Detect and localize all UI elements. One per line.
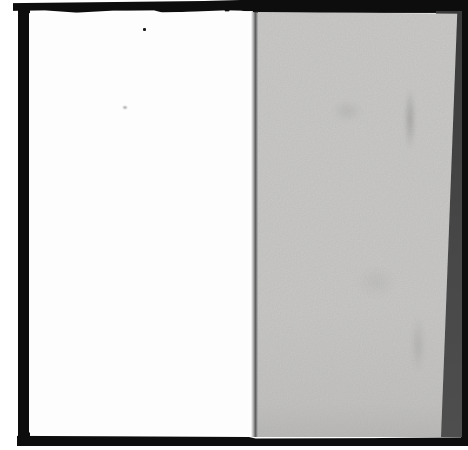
vertical-crease	[404, 88, 416, 150]
smudge	[356, 267, 396, 297]
left-page	[29, 11, 253, 435]
smudge	[411, 317, 425, 373]
right-page	[258, 12, 458, 437]
faint-speck	[123, 106, 127, 109]
gutter-shadow	[251, 11, 259, 437]
paper-grain-texture	[258, 12, 458, 437]
film-frame-top	[13, 0, 468, 13]
film-frame-right	[461, 0, 468, 446]
smudge	[332, 100, 362, 122]
film-frame-left	[18, 4, 30, 444]
ink-speck	[143, 28, 146, 31]
scanned-book-spread	[0, 0, 468, 450]
